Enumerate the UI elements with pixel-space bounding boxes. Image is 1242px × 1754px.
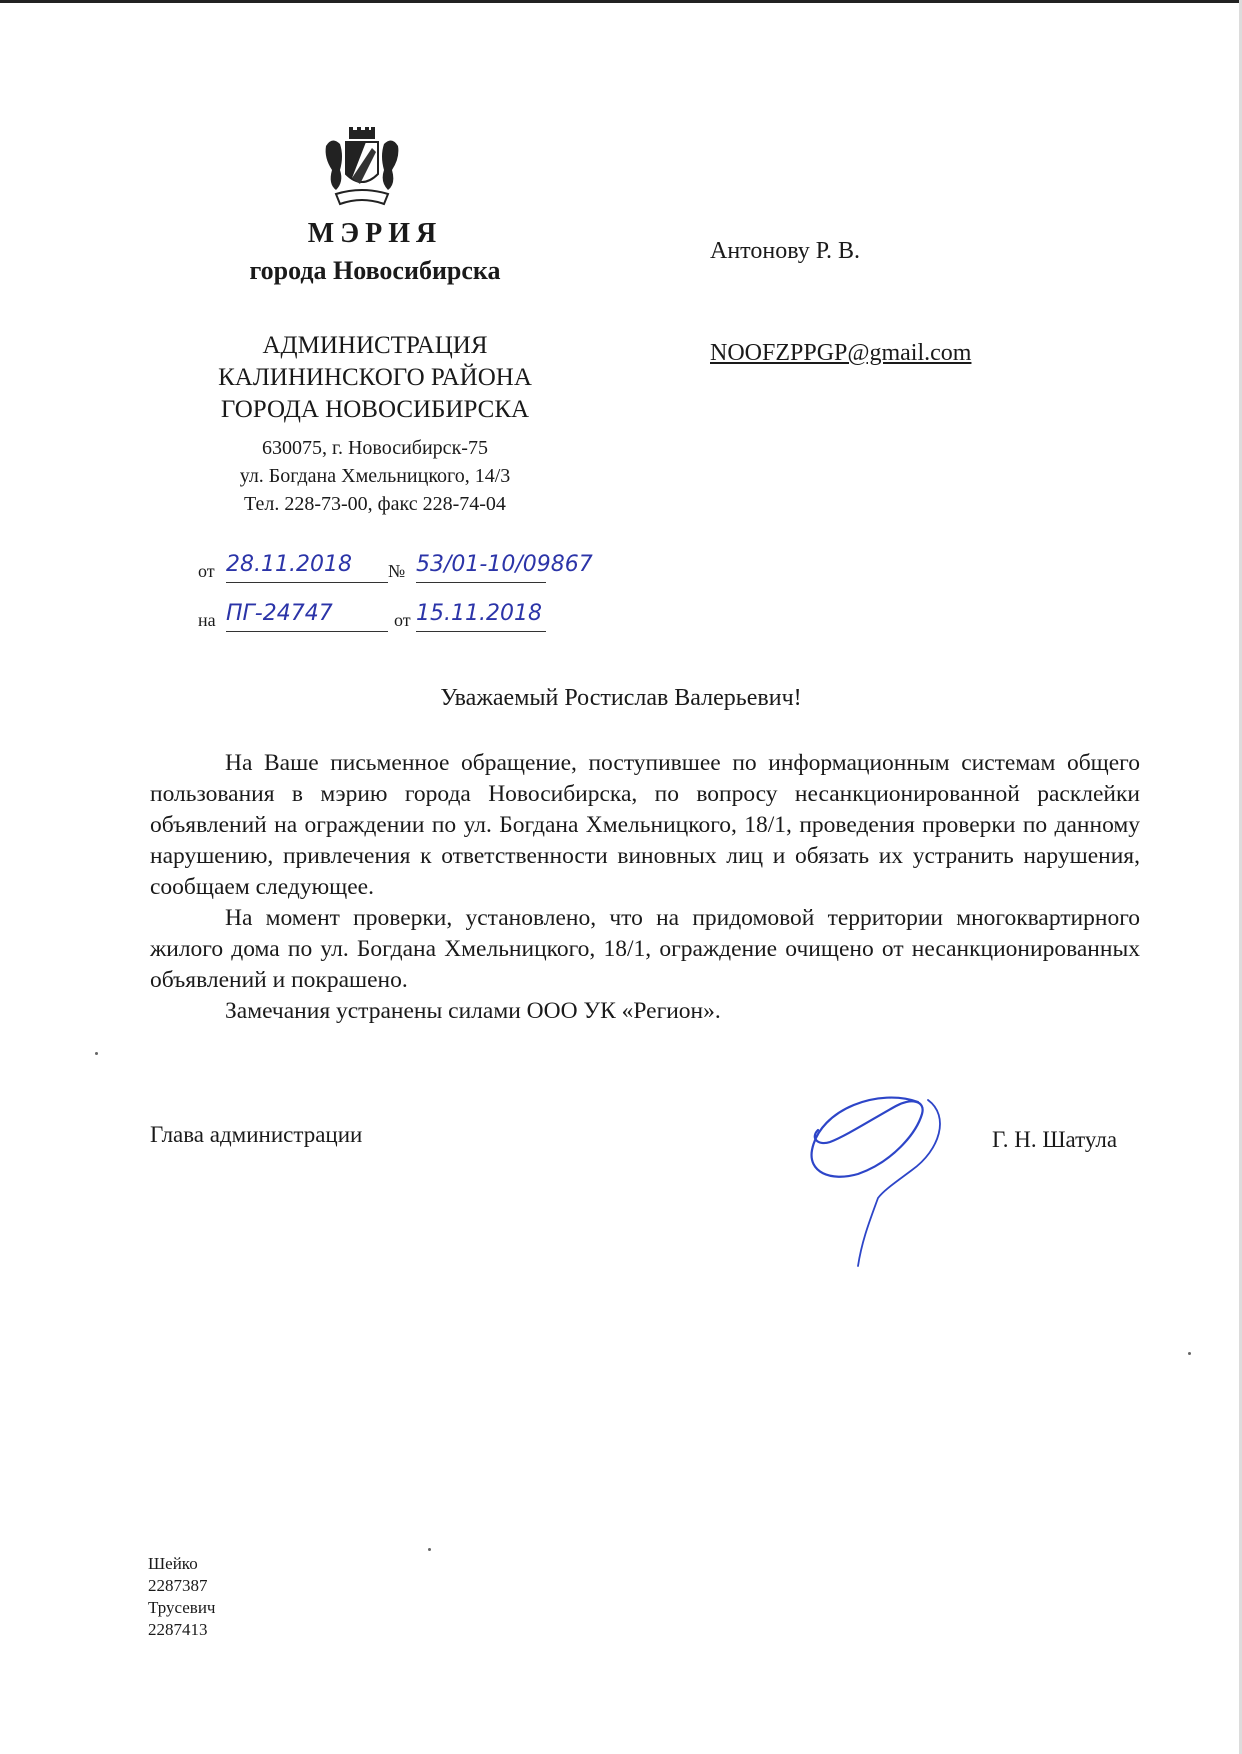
outgoing-date: 28.11.2018 <box>226 552 388 583</box>
re-from-label: от <box>394 610 411 631</box>
administration-name: АДМИНИСТРАЦИЯ КАЛИНИНСКОГО РАЙОНА ГОРОДА… <box>150 330 600 426</box>
recipient-email[interactable]: NOOFZPPGP@gmail.com <box>710 340 971 367</box>
body-paragraph: На Ваше письменное обращение, поступивше… <box>150 748 1140 903</box>
admin-line: КАЛИНИНСКОГО РАЙОНА <box>150 362 600 394</box>
incoming-reference: на ПГ-24747 от 15.11.2018 <box>198 601 618 633</box>
body-paragraph: Замечания устранены силами ООО УК «Регио… <box>150 996 1140 1027</box>
salutation: Уважаемый Ростислав Валерьевич! <box>0 685 1242 712</box>
reference-number: ПГ-24747 <box>226 601 388 632</box>
scan-speck <box>95 1052 98 1055</box>
admin-line: АДМИНИСТРАЦИЯ <box>150 330 600 362</box>
from-label: от <box>198 561 215 582</box>
body-paragraph: На момент проверки, установлено, что на … <box>150 903 1140 996</box>
handwritten-signature-icon <box>800 1090 970 1270</box>
scan-speck <box>428 1548 431 1551</box>
signatory-name: Г. Н. Шатула <box>992 1127 1117 1153</box>
executor-phone: 2287413 <box>148 1619 216 1641</box>
city-title: города Новосибирска <box>150 256 600 286</box>
address-line: Тел. 228-73-00, факс 228-74-04 <box>150 490 600 518</box>
signatory-role: Глава администрации <box>150 1122 362 1148</box>
scan-speck <box>1188 1352 1191 1355</box>
reference-date: 15.11.2018 <box>416 601 546 632</box>
address-line: ул. Богдана Хмельницкого, 14/3 <box>150 462 600 490</box>
novosibirsk-coat-of-arms-icon <box>322 126 402 210</box>
re-label: на <box>198 610 216 631</box>
outgoing-number: 53/01-10/09867 <box>416 552 546 583</box>
number-label: № <box>388 561 405 582</box>
meria-title: МЭРИЯ <box>150 218 600 250</box>
address-line: 630075, г. Новосибирск-75 <box>150 434 600 462</box>
executor-phone: 2287387 <box>148 1575 216 1597</box>
scan-edge-top <box>0 0 1242 3</box>
administration-address: 630075, г. Новосибирск-75 ул. Богдана Хм… <box>150 434 600 518</box>
letter-body: На Ваше письменное обращение, поступивше… <box>150 748 1140 1027</box>
admin-line: ГОРОДА НОВОСИБИРСКА <box>150 394 600 426</box>
outgoing-registration: от 28.11.2018 № 53/01-10/09867 <box>198 552 618 584</box>
executor-name: Трусевич <box>148 1597 216 1619</box>
executors-block: Шейко 2287387 Трусевич 2287413 <box>148 1553 216 1641</box>
executor-name: Шейко <box>148 1553 216 1575</box>
recipient-name: Антонову Р. В. <box>710 238 860 265</box>
